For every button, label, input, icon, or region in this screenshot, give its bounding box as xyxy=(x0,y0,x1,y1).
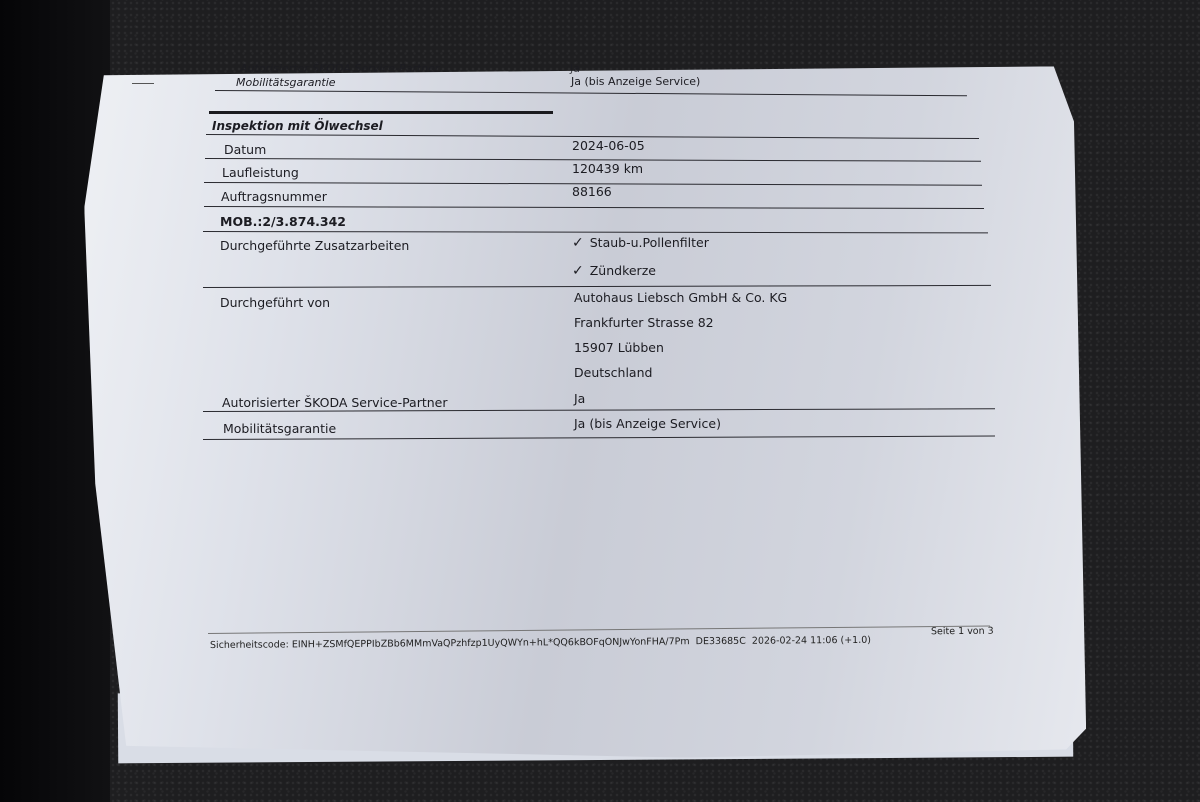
margin-mark xyxy=(132,83,154,84)
mob-number: MOB.:2/3.874.342 xyxy=(220,214,346,229)
document: Autorisierter ŠKODA Service-Partner Ja M… xyxy=(0,0,1200,802)
zusatzarbeit-item: ✓Zündkerze xyxy=(572,263,656,279)
dealer-country: Deutschland xyxy=(574,365,652,380)
section-title-bar xyxy=(209,111,553,114)
dealer-street: Frankfurter Strasse 82 xyxy=(574,315,714,330)
partner-label: Autorisierter ŠKODA Service-Partner xyxy=(222,395,448,410)
page-number: Seite 1 von 3 xyxy=(931,626,994,638)
footer-security: Sicherheitscode: EINH+ZSMfQEPPIbZBb6MMmV… xyxy=(210,635,871,651)
zusatzarbeit-item: ✓Staub-u.Pollenfilter xyxy=(572,235,709,251)
security-code: EINH+ZSMfQEPPIbZBb6MMmVaQPzhfzp1UyQWYn+h… xyxy=(292,636,690,650)
dealer-city: 15907 Lübben xyxy=(574,340,664,355)
prev-partner-label: Autorisierter ŠKODA Service-Partner xyxy=(240,62,439,75)
prev-partner-value: Ja xyxy=(570,62,580,75)
divider xyxy=(203,231,988,234)
doc-id: DE33685C xyxy=(696,636,746,647)
divider xyxy=(203,285,991,288)
datum-value: 2024-06-05 xyxy=(572,138,645,153)
divider xyxy=(204,206,984,209)
divider xyxy=(215,90,967,97)
auftragsnummer-value: 88166 xyxy=(572,184,612,199)
zusatzarbeiten-label: Durchgeführte Zusatzarbeiten xyxy=(220,238,409,253)
check-icon: ✓ xyxy=(572,263,584,279)
laufleistung-value: 120439 km xyxy=(572,161,643,176)
mobilitaet-value: Ja (bis Anzeige Service) xyxy=(574,416,721,431)
security-label: Sicherheitscode: xyxy=(210,639,289,651)
auftragsnummer-label: Auftragsnummer xyxy=(221,189,327,204)
laufleistung-label: Laufleistung xyxy=(222,165,299,180)
timestamp: 2026-02-24 11:06 (+1.0) xyxy=(752,635,871,647)
mobilitaet-label: Mobilitätsgarantie xyxy=(223,421,336,436)
datum-label: Datum xyxy=(224,142,266,157)
prev-mobility-value: Ja (bis Anzeige Service) xyxy=(571,75,700,88)
footer-divider xyxy=(208,625,990,634)
check-icon: ✓ xyxy=(572,235,584,251)
prev-mobility-label: Mobilitätsgarantie xyxy=(236,76,336,89)
partner-value: Ja xyxy=(574,391,585,406)
dealer-name: Autohaus Liebsch GmbH & Co. KG xyxy=(574,290,787,305)
durchgefuehrt-von-label: Durchgeführt von xyxy=(220,295,330,310)
divider xyxy=(203,436,995,441)
section-title: Inspektion mit Ölwechsel xyxy=(212,119,383,133)
